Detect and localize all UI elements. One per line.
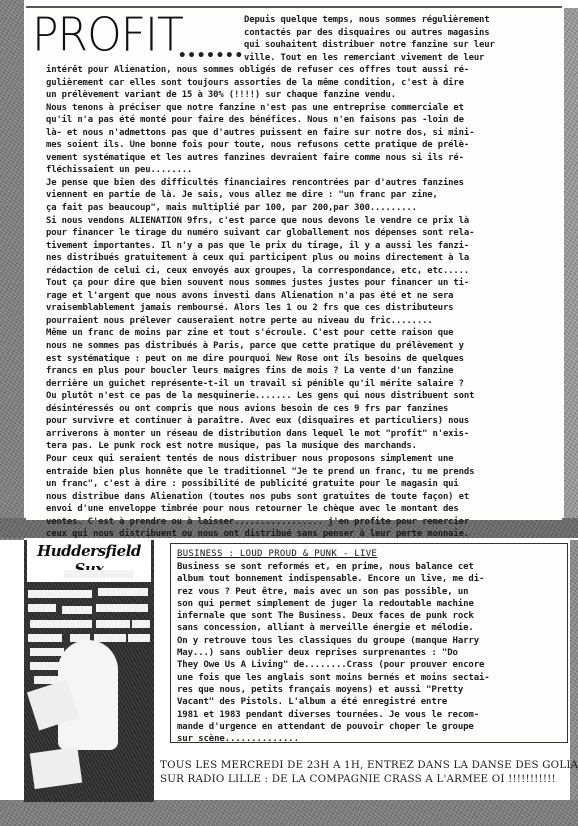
text-line: qui souhaitent distribuer notre fanzine … — [244, 39, 495, 52]
text-line: nes distribués gratuitement à ceux qui p… — [46, 252, 474, 265]
poster-band-strip — [64, 570, 134, 578]
poster-band-strip — [96, 604, 148, 612]
text-line: ça fait pas beaucoup", mais multiplié pa… — [46, 202, 474, 215]
paper-edge-bottom — [0, 800, 578, 826]
text-line: TOUS LES MERCREDI DE 23H A 1H, ENTREZ DA… — [160, 758, 578, 772]
business-review: BUSINESS : LOUD PROUD & PUNK - LIVE Busi… — [170, 543, 568, 743]
text-line: Nous tenons à préciser que notre fanzine… — [46, 102, 474, 115]
text-line: pourraient nous prélever causeraient not… — [46, 315, 474, 328]
poster-band-strip — [96, 620, 130, 628]
text-line: ventes. C'est à prendre ou à laisser....… — [46, 516, 474, 529]
poster-band-strip — [30, 648, 64, 656]
text-line: sur scène.............. — [177, 733, 490, 745]
text-line: tivement importantes. Il n'y a pas que l… — [46, 240, 474, 253]
text-line: nous distribue dans Alienation (toutes n… — [46, 491, 474, 504]
text-line: Pour ceux qui seraient tentés de nous di… — [46, 453, 474, 466]
poster-band-strip — [128, 634, 150, 642]
text-line: pour survivre et continuer à paraître. A… — [46, 415, 474, 428]
text-line: est systématique : peut on me dire pourq… — [46, 353, 474, 366]
text-line: tera pas. Le punk rock est notre musique… — [46, 440, 474, 453]
huddersfield-poster: Huddersfield Sux — [24, 540, 154, 802]
text-line: rage et l'argent que nous avons investi … — [46, 290, 474, 303]
text-line: vraisemblablement jamais remboursé. Alor… — [46, 302, 474, 315]
text-line: mande d'urgence en attendant de pouvoir … — [177, 721, 490, 733]
text-line: ceux qui nous distribuent ou nous ont di… — [46, 528, 474, 541]
text-line: une fois que les anglais sont moins bern… — [177, 672, 490, 684]
poster-band-strip — [28, 634, 62, 642]
text-line: Vacant" des Pistols. L'album a été enreg… — [177, 696, 490, 708]
poster-band-strip — [28, 590, 92, 598]
profit-article: PROFIT ••••••• Depuis quelque temps, nou… — [26, 6, 562, 520]
text-line: son qui permet simplement de juger la re… — [177, 598, 490, 610]
poster-band-strip — [30, 620, 92, 628]
text-line: Si nous vendons ALIENATION 9frs, c'est p… — [46, 215, 474, 228]
text-line: pour financer le tirage du numéro suivan… — [46, 227, 474, 240]
text-line: viennent en partie de là. Je sais, vous … — [46, 189, 474, 202]
text-line: nous ne sommes pas distribués à Paris, p… — [46, 340, 474, 353]
text-line: Ou plutôt n'est ce pas de la mesquinerie… — [46, 390, 474, 403]
text-line: album tout bonnement indispensable. Enco… — [177, 573, 490, 585]
review-body: Business se sont reformés et, en prime, … — [177, 561, 490, 745]
paper-edge-right — [564, 8, 578, 533]
text-line: 1981 et 1983 pendant diverses tournées. … — [177, 709, 490, 721]
text-line: Business se sont reformés et, en prime, … — [177, 561, 490, 573]
text-line: envoi d'une enveloppe timbrée pour nous … — [46, 503, 474, 516]
text-line: sans concession, alliant à merveille éne… — [177, 622, 490, 634]
text-line: gulièrement car elles sont toujours asso… — [46, 77, 474, 90]
poster-band-strip — [94, 634, 126, 642]
title-dots: ••••••• — [178, 48, 244, 64]
text-line: They Owe Us A Living" de........Crass (p… — [177, 659, 490, 671]
poster-band-strip — [98, 588, 148, 596]
text-line: un prélèvement variant de 15 à 30% (!!!!… — [46, 89, 474, 102]
text-line: contactés par des disquaires ou autres m… — [244, 27, 495, 40]
text-line: mes soient ils. Une bonne fois pour tout… — [46, 139, 474, 152]
text-line: On y retrouve tous les classiques du gro… — [177, 635, 490, 647]
text-line: res que nous, petits français moyens) et… — [177, 684, 490, 696]
text-line: Tout ça pour dire que bien souvent nous … — [46, 277, 474, 290]
text-line: Je pense que bien des difficultés financ… — [46, 177, 474, 190]
text-line: désintéressés ou ont compris que nous av… — [46, 403, 474, 416]
radio-announcement: TOUS LES MERCREDI DE 23H A 1H, ENTREZ DA… — [160, 758, 578, 786]
text-line: Depuis quelque temps, nous sommes réguli… — [244, 14, 495, 27]
poster-band-strip — [62, 606, 92, 614]
paper-edge-left — [0, 0, 24, 540]
text-line: un franc", c'est à dire : possibilité de… — [46, 478, 474, 491]
text-line: rez vous ? Peut être, mais avec un son p… — [177, 586, 490, 598]
article-body: intérêt pour Alienation, nous sommes obl… — [46, 64, 474, 541]
poster-band-strip — [132, 620, 150, 628]
text-line: derrière un guichet représente-t-il un t… — [46, 378, 474, 391]
text-line: arriverons à monter un réseau de distrib… — [46, 428, 474, 441]
text-line: SUR RADIO LILLE : DE LA COMPAGNIE CRASS … — [160, 772, 578, 786]
text-line: May...) sans oublier deux reprises surpr… — [177, 647, 490, 659]
text-line: là- et nous n'admettons pas que d'autres… — [46, 127, 474, 140]
text-line: infernale que sont The Business. Deux fa… — [177, 610, 490, 622]
text-line: ville. Tout en les remerciant vivement d… — [244, 52, 495, 65]
poster-ticket-info — [30, 747, 83, 789]
text-line: qu'il n'a pas été monté pour faire des b… — [46, 114, 474, 127]
article-title: PROFIT — [32, 13, 183, 59]
poster-band-strip — [28, 604, 56, 612]
text-line: Même un franc de moins par zine et tout … — [46, 327, 474, 340]
text-line: intérêt pour Alienation, nous sommes obl… — [46, 64, 474, 77]
article-intro: Depuis quelque temps, nous sommes réguli… — [244, 14, 495, 64]
text-line: rédaction de celui ci, ceux envoyés aux … — [46, 265, 474, 278]
text-line: entraide bien plus honnête que le tradit… — [46, 466, 474, 479]
text-line: francs en plus pour boucler leurs maigre… — [46, 365, 474, 378]
text-line: fléchissaient un peu........ — [46, 164, 474, 177]
review-heading: BUSINESS : LOUD PROUD & PUNK - LIVE — [177, 549, 377, 559]
text-line: vement systématique et les autres fanzin… — [46, 152, 474, 165]
